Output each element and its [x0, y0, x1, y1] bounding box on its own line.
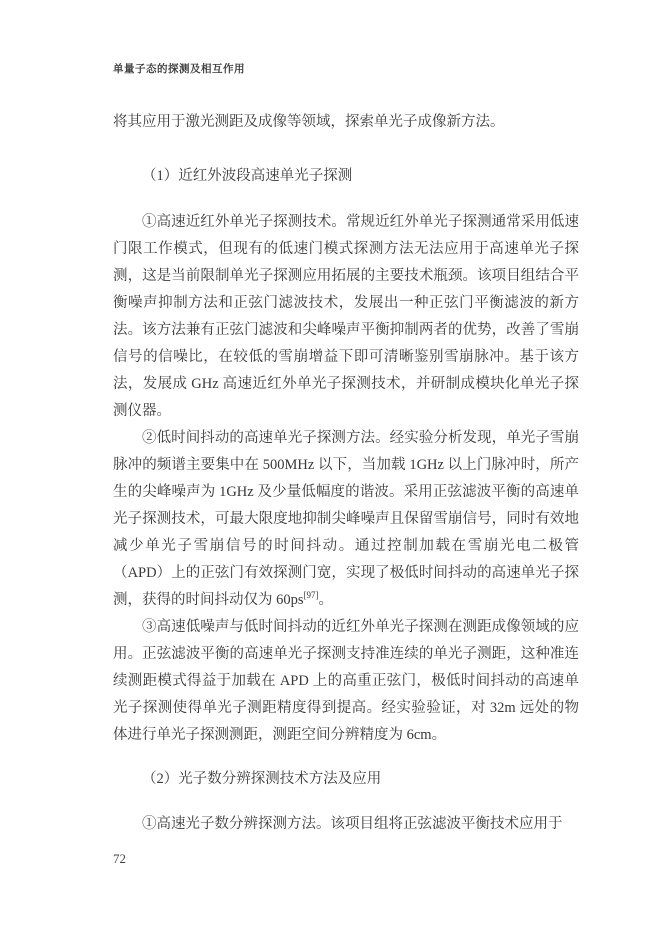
running-header: 单量子态的探测及相互作用 [113, 61, 245, 76]
text-run: ①高速光子数分辨探测方法。该项目组将正弦滤波平衡技术应用于 [142, 816, 563, 832]
paragraph: ①高速近红外单光子探测技术。常规近红外单光子探测通常采用低速门限工作模式，但现有… [113, 209, 579, 425]
text-run: ①高速近红外单光子探测技术。常规近红外单光子探测通常采用低速门限工作模式，但现有… [113, 214, 579, 419]
document-page: 单量子态的探测及相互作用 将其应用于激光测距及成像等领域，探索单光子成像新方法。… [0, 0, 666, 930]
reference-superscript: [97] [304, 590, 319, 600]
page-number: 72 [113, 851, 126, 867]
paragraph: ①高速光子数分辨探测方法。该项目组将正弦滤波平衡技术应用于 [113, 811, 579, 838]
section-heading: （1）近红外波段高速单光子探测 [113, 163, 579, 190]
text-run: （1）近红外波段高速单光子探测 [142, 168, 352, 184]
paragraph: ③高速低噪声与低时间抖动的近红外单光子探测在测距成像领域的应用。正弦滤波平衡的高… [113, 614, 579, 749]
text-run: ③高速低噪声与低时间抖动的近红外单光子探测在测距成像领域的应用。正弦滤波平衡的高… [113, 619, 579, 743]
text-run: 将其应用于激光测距及成像等领域，探索单光子成像新方法。 [113, 114, 505, 130]
text-run: 。 [319, 592, 334, 608]
paragraph: ②低时间抖动的高速单光子探测方法。经实验分析发现，单光子雪崩脉冲的频谱主要集中在… [113, 425, 579, 614]
document-body: 将其应用于激光测距及成像等领域，探索单光子成像新方法。（1）近红外波段高速单光子… [113, 109, 579, 838]
paragraph: 将其应用于激光测距及成像等领域，探索单光子成像新方法。 [113, 109, 579, 136]
section-heading: （2）光子数分辨探测技术方法及应用 [113, 766, 579, 793]
text-run: ②低时间抖动的高速单光子探测方法。经实验分析发现，单光子雪崩脉冲的频谱主要集中在… [113, 430, 579, 608]
text-run: （2）光子数分辨探测技术方法及应用 [142, 771, 381, 787]
